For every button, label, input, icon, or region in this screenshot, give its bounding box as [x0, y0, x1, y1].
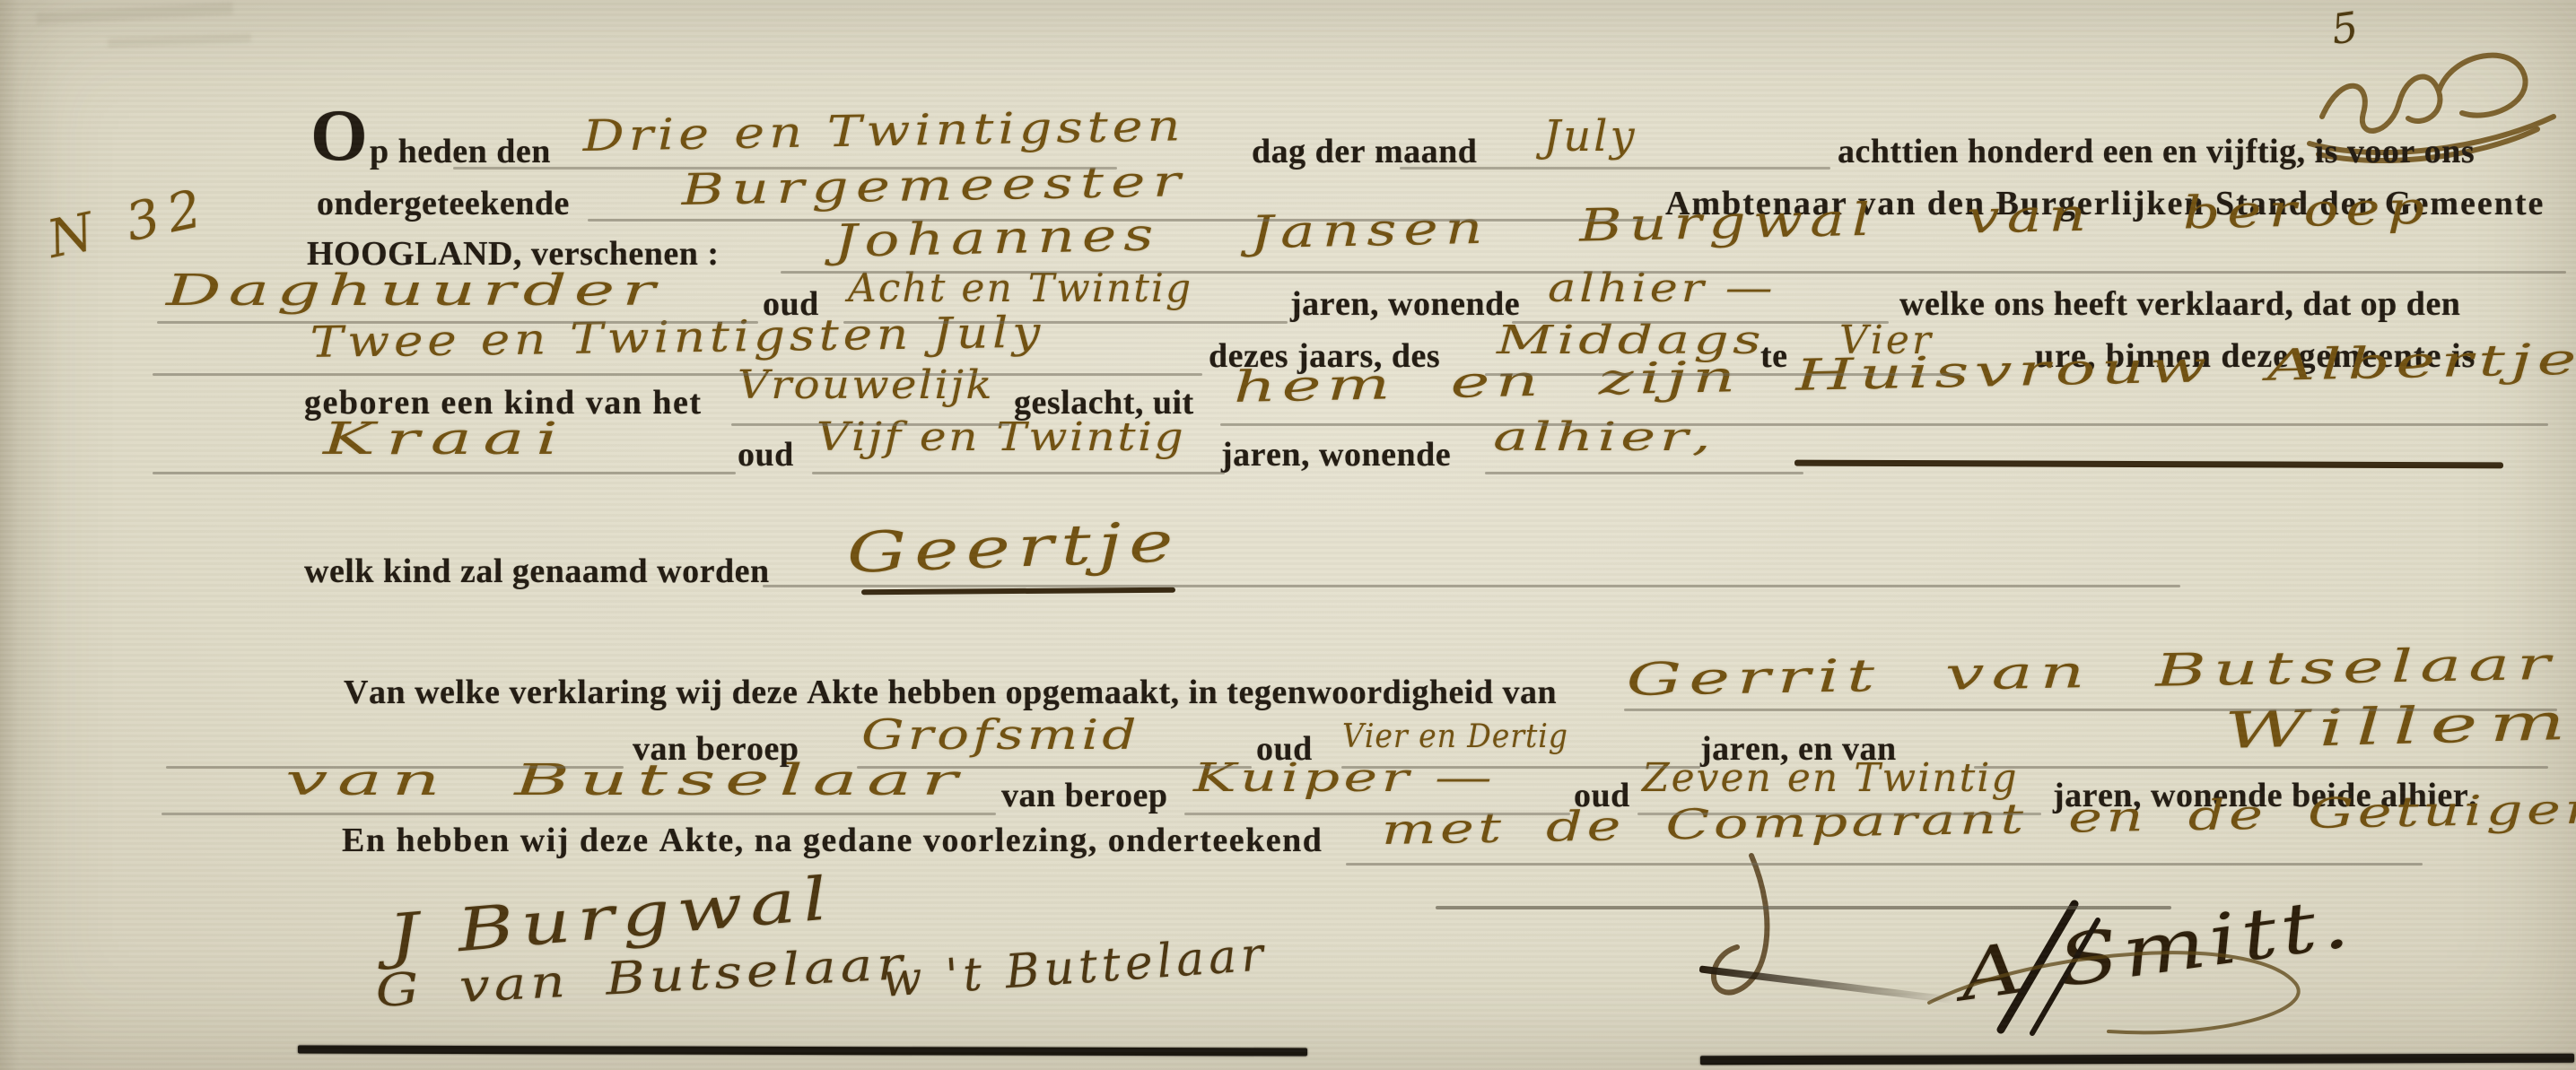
blank-fill-rule: [166, 766, 624, 769]
birth-certificate-scan: N 32 5 O p heden den Drie en Twintigsten…: [0, 0, 2576, 1070]
blank-fill-rule: [1400, 167, 1830, 170]
drop-cap-O: O: [310, 106, 368, 165]
printed-verklaard-phrase: welke ons heeft verklaard, dat op den: [1899, 287, 2460, 321]
printed-onderteekend-phrase: En hebben wij deze Akte, na gedane voorl…: [342, 823, 1323, 857]
blank-fill-rule: [157, 321, 758, 324]
blank-fill-rule: [1624, 709, 2557, 711]
blank-fill-rule: [1974, 766, 2548, 769]
hand-entry-child-name: Geertje: [846, 514, 1182, 581]
blank-fill-rule: [1436, 906, 2171, 909]
blank-fill-rule: [857, 766, 1252, 769]
blank-fill-rule: [1512, 321, 1889, 324]
inked-blank-strike: [1794, 460, 2503, 469]
blank-fill-rule: [153, 472, 736, 474]
hand-entry-witness2-age: Zeven en Twintig: [1642, 759, 2019, 798]
hand-entry-witness1-age: Vier en Dertig: [1342, 721, 1568, 753]
printed-jaren-wonende: jaren, wonende: [1290, 287, 1520, 321]
blank-fill-rule: [781, 271, 2566, 274]
paper-smudge: [36, 2, 233, 24]
hand-entry-closing: met de Comparant en de Getuigen. —: [1381, 786, 2576, 850]
act-number-margin-note: N 32: [43, 180, 214, 265]
hand-entry-declarant-occupation: Daghuurder: [166, 269, 662, 312]
hand-entry-birthdate: Twee en Twintigsten July: [310, 311, 1044, 364]
printed-oud-2: oud: [738, 438, 794, 472]
paper-smudge: [108, 33, 251, 48]
printed-verklaring-phrase: Van welke verklaring wij deze Akte hebbe…: [344, 675, 1557, 709]
printed-genaamd-worden: welk kind zal genaamd worden: [304, 554, 770, 588]
blank-fill-rule: [1485, 472, 1803, 474]
hand-entry-witness2-firstname: Willem: [2224, 698, 2576, 757]
printed-ondergeteekende: ondergeteekende: [317, 187, 570, 221]
printed-dag-der-maand: dag der maand: [1252, 135, 1477, 169]
printed-op-heden-den: p heden den: [370, 135, 551, 169]
blank-fill-rule: [1637, 813, 2041, 815]
blank-fill-rule: [153, 373, 1202, 376]
blank-fill-rule: [843, 321, 1288, 324]
blank-fill-rule: [588, 219, 1655, 222]
hand-entry-witness2-occupation: Kuiper —: [1193, 759, 1496, 798]
blank-fill-rule: [453, 167, 1117, 170]
hand-entry-witness1-name: Gerrit van Butselaar: [1626, 641, 2557, 702]
blank-fill-rule: [162, 813, 996, 815]
official-signature-flourish-icon: [1866, 897, 2423, 1070]
blank-fill-rule: [763, 585, 2180, 587]
hand-entry-day: Drie en Twintigsten: [582, 104, 1185, 158]
blank-fill-rule: [731, 423, 1009, 426]
pen-descender-flourish-icon: [1696, 848, 1803, 1010]
blank-fill-rule: [812, 472, 1225, 474]
hand-entry-gender: Vrouwelijk: [738, 366, 994, 405]
printed-year-phrase: achttien honderd een en vijftig, is voor…: [1838, 135, 2475, 169]
bottom-rule-right: [1700, 1054, 2574, 1066]
hand-entry-month: July: [1543, 115, 1637, 158]
blank-fill-rule: [1220, 423, 2548, 426]
blank-fill-rule: [1485, 373, 1960, 376]
hand-entry-declarant-age: Acht en Twintig: [848, 269, 1192, 309]
printed-van-beroep-2: van beroep: [1001, 779, 1168, 813]
child-name-underline: [861, 587, 1175, 595]
signature-witness2: w 't Buttelaar: [880, 931, 1269, 1005]
blank-fill-rule: [1341, 766, 1700, 769]
blank-fill-rule: [1346, 863, 2423, 866]
printed-jaren-wonende-2: jaren, wonende: [1221, 438, 1451, 472]
bottom-rule-left: [298, 1046, 1307, 1057]
hand-entry-mother-surname: Kraai: [323, 416, 569, 461]
hand-entry-declarant-residence: alhier —: [1548, 269, 1776, 309]
hand-entry-witness1-occupation: Grofsmid: [861, 714, 1140, 755]
blank-fill-rule: [1184, 813, 1570, 815]
